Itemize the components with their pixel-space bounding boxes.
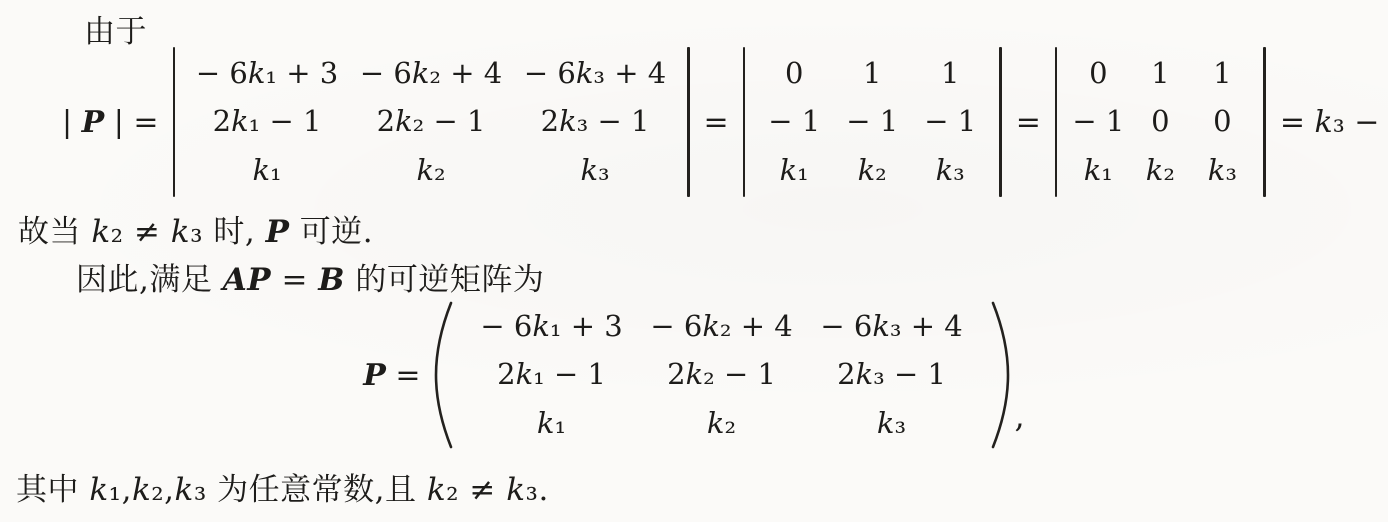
matrix-p: − 6k₁ + 3 − 6k₂ + 4 − 6k₃ + 4 2k₁ − 1 2k… (457, 300, 987, 450)
matrix-cell: − 6k₃ + 4 (513, 59, 677, 88)
matrix-cell: 2k₂ − 1 (637, 360, 807, 389)
document-page: 由于 | P | = − 6k₁ + 3 − 6k₂ + 4 − 6k₃ + 4… (0, 0, 1388, 522)
matrix-cell: 2k₁ − 1 (467, 360, 637, 389)
matrix-cell: 1 (911, 59, 989, 88)
det-p-lhs: | P | = (62, 105, 159, 140)
matrix-p-grid: − 6k₁ + 3 − 6k₂ + 4 − 6k₃ + 4 2k₁ − 1 2k… (457, 300, 987, 450)
matrix-cell: 2k₂ − 1 (349, 107, 513, 136)
matrix-cell: 0 (755, 59, 833, 88)
matrix-cell: k₂ (1129, 156, 1191, 185)
paragraph-intro: 由于 (84, 6, 147, 51)
matrix-cell: k₁ (467, 409, 637, 438)
determinant-3: 0 1 1 − 1 0 0 k₁ k₂ k₃ (1055, 47, 1266, 197)
matrix-cell: − 6k₂ + 4 (349, 59, 513, 88)
determinant-2: 0 1 1 − 1 − 1 − 1 k₁ k₂ k₃ (743, 47, 1002, 197)
matrix-cell: k₃ (513, 156, 677, 185)
matrix-cell: 2k₃ − 1 (513, 107, 677, 136)
matrix-cell: − 6k₁ + 3 (467, 312, 637, 341)
matrix-cell: k₃ (1191, 156, 1253, 185)
matrix-cell: 1 (1191, 59, 1253, 88)
determinant-right-bar (999, 47, 1002, 197)
matrix-cell: k₂ (833, 156, 911, 185)
matrix-cell: 0 (1067, 59, 1129, 88)
determinant-3-grid: 0 1 1 − 1 0 0 k₁ k₂ k₃ (1057, 47, 1263, 197)
trailing-comma: , (1015, 407, 1025, 426)
matrix-cell: − 1 (1067, 107, 1129, 136)
matrix-cell: k₂ (637, 409, 807, 438)
determinant-2-grid: 0 1 1 − 1 − 1 − 1 k₁ k₂ k₃ (745, 47, 999, 197)
matrix-cell: − 6k₁ + 3 (185, 59, 349, 88)
matrix-cell: k₃ (911, 156, 989, 185)
matrix-p-lhs: P = (363, 358, 420, 393)
paragraph-footnote: 其中 k₁,k₂,k₃ 为任意常数,且 k₂ ≠ k₃. (16, 464, 549, 509)
matrix-cell: 0 (1191, 107, 1253, 136)
paragraph-therefore: 因此,满足 AP = B 的可逆矩阵为 (76, 254, 544, 299)
matrix-cell: − 6k₂ + 4 (637, 312, 807, 341)
matrix-cell: − 1 (911, 107, 989, 136)
determinant-1: − 6k₁ + 3 − 6k₂ + 4 − 6k₃ + 4 2k₁ − 1 2k… (173, 47, 690, 197)
matrix-cell: 0 (1129, 107, 1191, 136)
determinant-1-grid: − 6k₁ + 3 − 6k₂ + 4 − 6k₃ + 4 2k₁ − 1 2k… (175, 47, 687, 197)
matrix-cell: k₃ (807, 409, 977, 438)
determinant-equation-line: | P | = − 6k₁ + 3 − 6k₂ + 4 − 6k₃ + 4 2k… (56, 46, 1388, 198)
matrix-cell: k₁ (185, 156, 349, 185)
matrix-cell: − 6k₃ + 4 (807, 312, 977, 341)
matrix-cell: k₁ (1067, 156, 1129, 185)
matrix-cell: k₁ (755, 156, 833, 185)
equals-sign: = (1016, 105, 1041, 140)
matrix-cell: − 1 (755, 107, 833, 136)
matrix-cell: − 1 (833, 107, 911, 136)
right-paren (989, 299, 1013, 451)
paragraph-conclusion: 故当 k₂ ≠ k₃ 时, P 可逆. (18, 206, 373, 251)
matrix-cell: 2k₃ − 1 (807, 360, 977, 389)
matrix-cell: 2k₁ − 1 (185, 107, 349, 136)
equation-result: = k₃ − k₂ , (1280, 105, 1388, 140)
determinant-right-bar (1263, 47, 1265, 197)
equals-sign: = (704, 105, 729, 140)
matrix-cell: 1 (833, 59, 911, 88)
matrix-cell: k₂ (349, 156, 513, 185)
matrix-cell: 1 (1129, 59, 1191, 88)
determinant-right-bar (687, 47, 690, 197)
left-paren (431, 299, 455, 451)
matrix-equation-line: P = − 6k₁ + 3 − 6k₂ + 4 − 6k₃ + 4 2k₁ − … (0, 296, 1388, 454)
